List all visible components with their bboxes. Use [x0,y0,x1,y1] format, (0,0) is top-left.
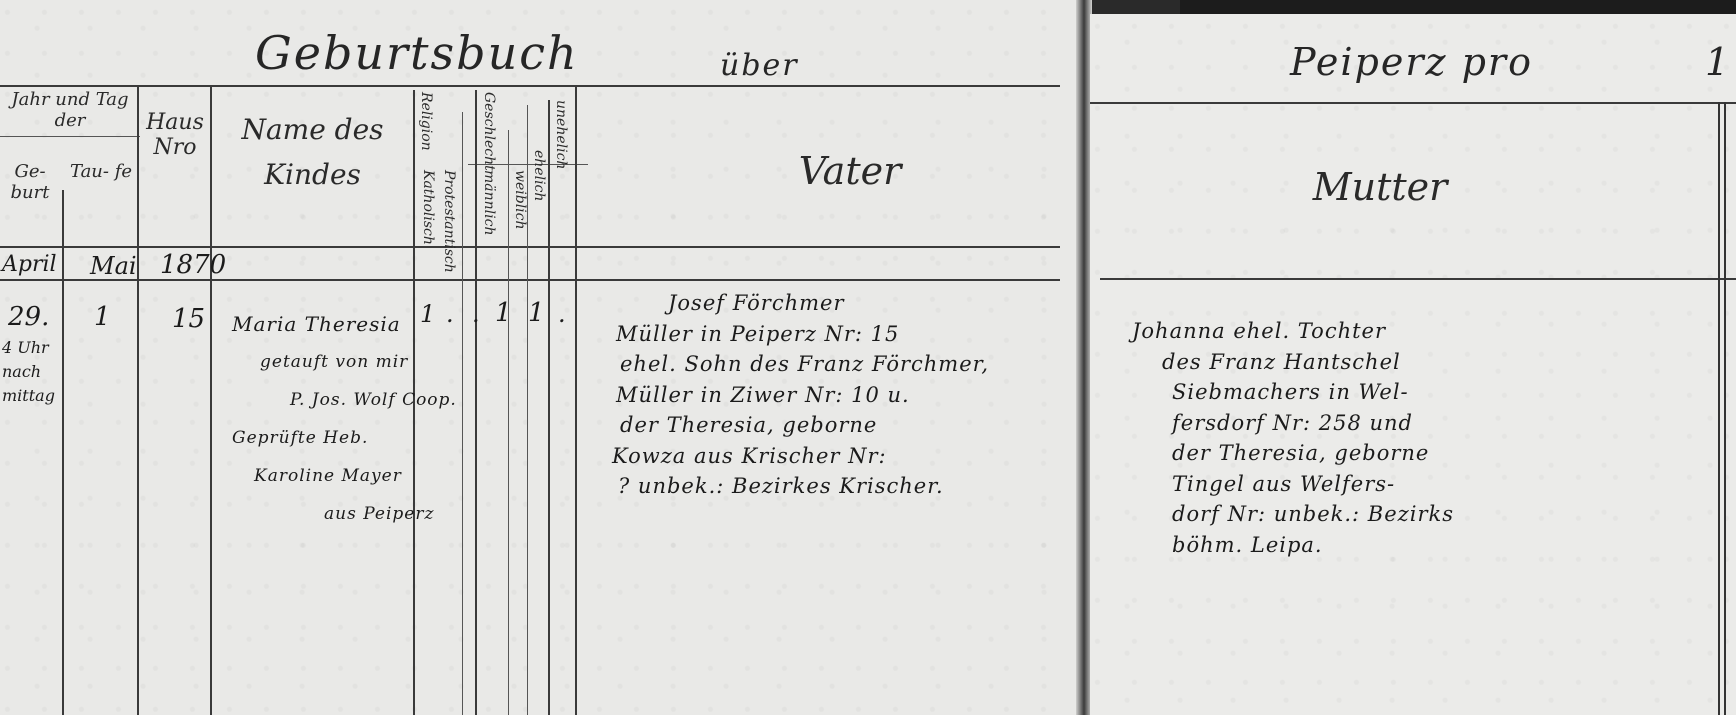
entry-birth-day: 29. [8,302,49,332]
mark-catholic: 1 [420,300,435,328]
year-row-rule [0,279,1060,281]
mother-line-5: der Theresia, geborne [1132,438,1454,469]
header-child-name: Name des Kindes [215,108,410,198]
entry-child-name-block: Maria Theresia getauft von mir P. Jos. W… [232,305,457,533]
register-title-connector: über [720,48,799,83]
header-house-no: Haus Nro [140,110,210,161]
col-divider-baptism [137,85,139,715]
header-baptism: Tau- fe [66,162,136,183]
col-divider-sex-sub [508,130,509,715]
entry-birth-time-2: nach [2,362,41,381]
col-divider-religion [462,112,463,715]
mother-line-4: fersdorf Nr: 258 und [1132,408,1454,439]
father-line-2: Müller in Peiperz Nr: 15 [598,319,989,350]
right-page-column-border [1718,102,1726,715]
father-line-7: ? unbek.: Bezirkes Krischer. [598,471,989,502]
mark-female: 1 [495,298,512,328]
entry-baptism-day: 1 [94,302,111,332]
entry-baptism-month: Mai [90,252,137,280]
header-legitimate: ehelich [531,150,547,201]
header-birth: Ge- burt [0,162,60,203]
header-bottom-rule [0,246,1060,248]
left-page: Geburtsbuch über Jahr und Tag der Ge- bu… [0,0,1082,715]
col-divider-birth [62,190,64,715]
mother-line-7: dorf Nr: unbek.: Bezirks [1132,499,1454,530]
header-date-group: Jahr und Tag der [0,90,140,131]
header-religion-protestant: Protestantisch [441,170,457,273]
right-header-top-rule [1090,102,1736,104]
header-top-rule [0,85,1060,87]
mother-line-6: Tingel aus Welfers- [1132,469,1454,500]
mother-line-1: Johanna ehel. Tochter [1132,316,1454,347]
midwife-name: Karoline Mayer [232,457,457,495]
col-divider-house [210,85,212,715]
mother-line-8: böhm. Leipa. [1132,530,1454,561]
mark-male: . [472,300,480,328]
header-sex-female: weiblich [512,170,528,230]
entry-year: 1870 [160,250,226,280]
header-sex: Geschlecht [481,92,497,171]
register-title-trailing: 1 [1705,40,1731,84]
col-divider-sex [475,90,477,715]
mark-protestant: . [446,300,454,328]
mother-line-3: Siebmachers in Wel- [1132,377,1454,408]
entry-birth-time-1: 4 Uhr [2,338,49,357]
mark-legitimate: 1 [528,298,545,328]
midwife-label: Geprüfte Heb. [232,419,457,457]
priest-line: P. Jos. Wolf Coop. [232,381,457,419]
entry-birth-time-3: mittag [2,386,55,405]
col-divider-legit-sub [548,100,550,715]
mark-illegitimate: . [558,300,566,328]
entry-house-no: 15 [172,304,205,334]
father-line-1: Josef Förchmer [598,288,989,319]
father-line-5: der Theresia, geborne [598,410,989,441]
father-line-6: Kowza aus Krischer Nr: [598,441,989,472]
mother-line-2: des Franz Hantschel [1132,347,1454,378]
register-parish-title: Peiperz pro [1290,40,1533,84]
father-line-4: Müller in Ziwer Nr: 10 u. [598,380,989,411]
entry-father-block: Josef Förchmer Müller in Peiperz Nr: 15 … [598,288,989,502]
right-page: Peiperz pro 1 Mutter Johanna ehel. Tocht… [1090,14,1736,715]
entry-birth-month: April [2,252,57,277]
col-divider-father [575,85,577,715]
header-father: Vater [640,150,1060,194]
header-religion-catholic: Katholisch [420,170,436,245]
header-sex-male: männlich [481,170,497,235]
register-title: Geburtsbuch [255,26,579,80]
midwife-origin: aus Peiperz [232,495,457,533]
entry-mother-block: Johanna ehel. Tochter des Franz Hantsche… [1132,316,1454,560]
baptized-by-line: getauft von mir [232,343,457,381]
header-mother: Mutter [1230,166,1530,210]
header-illegitimate: unehelich [553,100,569,169]
father-line-3: ehel. Sohn des Franz Förchmer, [598,349,989,380]
date-group-rule [0,136,140,137]
right-header-bottom-rule [1100,278,1736,280]
header-religion: Religion [418,92,434,151]
